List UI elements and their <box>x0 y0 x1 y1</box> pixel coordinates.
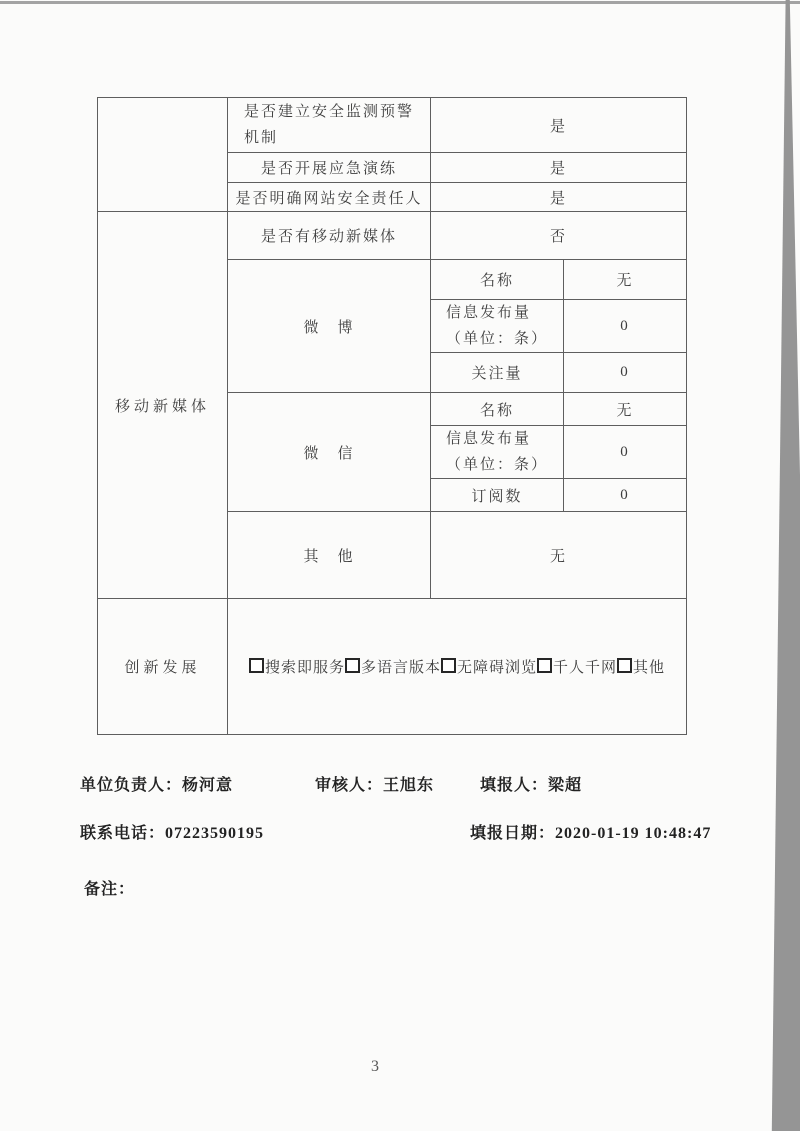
phone-field: 联系电话：07223590195 <box>80 820 264 843</box>
category-cell-security <box>98 98 228 212</box>
sub-label: 信息发布量 （单位：条） <box>431 300 564 353</box>
group-cell-wechat: 微 信 <box>228 393 431 512</box>
page-number: 3 <box>0 1058 750 1076</box>
scan-edge-top <box>0 1 800 4</box>
checkbox-unchecked-icon <box>345 658 360 673</box>
innovation-option: 千人千网 <box>537 660 617 676</box>
filler-label: 填报人： <box>480 777 548 794</box>
scan-edge-right <box>770 0 800 1131</box>
row-value: 无 <box>431 512 687 599</box>
sub-label: 名称 <box>431 393 564 426</box>
checkbox-unchecked-icon <box>441 658 456 673</box>
sub-value: 0 <box>564 426 687 479</box>
sub-label: 关注量 <box>431 353 564 393</box>
sub-value: 0 <box>564 353 687 393</box>
row-label: 是否开展应急演练 <box>228 153 431 183</box>
table-row: 创新发展 搜索即服务多语言版本无障碍浏览千人千网其他 <box>98 599 687 735</box>
row-value: 是 <box>431 183 687 212</box>
reviewer-value: 王旭东 <box>383 777 434 794</box>
sub-label: 信息发布量 （单位：条） <box>431 426 564 479</box>
row-label: 是否明确网站安全责任人 <box>228 183 431 212</box>
reviewer-label: 审核人： <box>315 777 383 794</box>
reviewer-field: 审核人：王旭东 <box>315 772 434 795</box>
checkbox-unchecked-icon <box>537 658 552 673</box>
row-value: 是 <box>431 98 687 153</box>
innovation-option-label: 千人千网 <box>553 660 617 676</box>
innovation-option: 无障碍浏览 <box>441 660 537 676</box>
category-cell-mobile-media: 移动新媒体 <box>98 212 228 599</box>
table-row: 是否建立安全监测预警 机制 是 <box>98 98 687 153</box>
row-label: 是否有移动新媒体 <box>228 212 431 260</box>
sub-value: 无 <box>564 393 687 426</box>
checkbox-unchecked-icon <box>249 658 264 673</box>
row-label: 是否建立安全监测预警 机制 <box>228 98 431 153</box>
filler-value: 梁超 <box>548 777 582 794</box>
innovation-option: 其他 <box>617 660 665 676</box>
sub-label: 订阅数 <box>431 479 564 512</box>
innovation-options-cell: 搜索即服务多语言版本无障碍浏览千人千网其他 <box>228 599 687 735</box>
row-value: 否 <box>431 212 687 260</box>
sub-value: 0 <box>564 479 687 512</box>
unit-head-value: 杨河意 <box>182 777 233 794</box>
group-cell-weibo: 微 博 <box>228 260 431 393</box>
row-value: 是 <box>431 153 687 183</box>
innovation-option-label: 其他 <box>633 660 665 676</box>
remark-field: 备注： <box>84 876 135 899</box>
report-date-value: 2020-01-19 10:48:47 <box>555 825 711 842</box>
filler-field: 填报人：梁超 <box>480 772 582 795</box>
table-row: 移动新媒体 是否有移动新媒体 否 <box>98 212 687 260</box>
phone-label: 联系电话： <box>80 825 165 842</box>
sub-label-text: 信息发布量 （单位：条） <box>446 426 548 478</box>
unit-head-label: 单位负责人： <box>80 777 182 794</box>
sub-label: 名称 <box>431 260 564 300</box>
phone-value: 07223590195 <box>165 825 264 842</box>
sub-value: 0 <box>564 300 687 353</box>
checkbox-unchecked-icon <box>617 658 632 673</box>
sub-value: 无 <box>564 260 687 300</box>
innovation-option-label: 无障碍浏览 <box>457 660 537 676</box>
category-cell-innovation: 创新发展 <box>98 599 228 735</box>
innovation-option: 搜索即服务 <box>249 660 345 676</box>
annual-report-table: 是否建立安全监测预警 机制 是 是否开展应急演练 是 是否明确网站安全责任人 是… <box>97 97 687 735</box>
report-date-field: 填报日期：2020-01-19 10:48:47 <box>470 820 711 843</box>
innovation-option: 多语言版本 <box>345 660 441 676</box>
group-cell-other: 其 他 <box>228 512 431 599</box>
row-label-text: 是否建立安全监测预警 机制 <box>244 99 414 151</box>
report-date-label: 填报日期： <box>470 825 555 842</box>
innovation-option-label: 多语言版本 <box>361 660 441 676</box>
sub-label-text: 信息发布量 （单位：条） <box>446 300 548 352</box>
innovation-option-label: 搜索即服务 <box>265 660 345 676</box>
unit-head-field: 单位负责人：杨河意 <box>80 772 233 795</box>
